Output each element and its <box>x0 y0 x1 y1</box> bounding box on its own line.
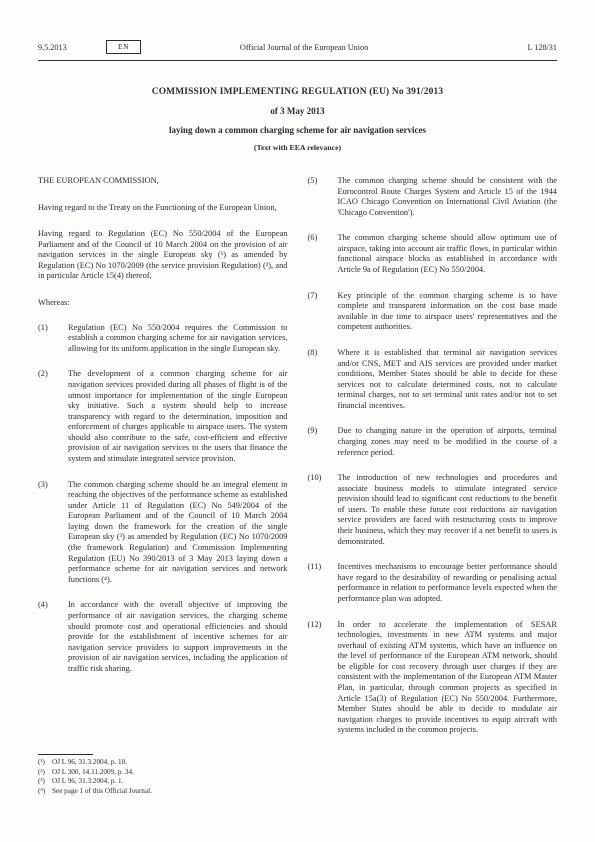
footnote-4: (⁴) See page 1 of this Official Journal. <box>38 787 288 797</box>
recital-8: (8) Where it is established that termina… <box>308 348 558 411</box>
regulation-title: COMMISSION IMPLEMENTING REGULATION (EU) … <box>38 87 557 97</box>
recital-number: (1) <box>38 323 68 355</box>
recital-number: (2) <box>38 369 68 464</box>
footnote-2: (²) OJ L 300, 14.11.2009, p. 34. <box>38 768 288 778</box>
having-regard-paragraph-2: Having regard to Regulation (EC) No 550/… <box>38 229 288 282</box>
footnote-marker: (³) <box>38 777 52 787</box>
title-block: COMMISSION IMPLEMENTING REGULATION (EU) … <box>38 87 557 152</box>
recital-text: Due to changing nature in the operation … <box>338 426 558 458</box>
recital-11: (11) Incentives mechanisms to encourage … <box>308 562 558 604</box>
recital-text: The common charging scheme should be con… <box>338 176 558 218</box>
recital-6: (6) The common charging scheme should al… <box>308 233 558 275</box>
whereas-label: Whereas: <box>38 298 288 309</box>
recital-text: In order to accelerate the implementatio… <box>338 620 558 736</box>
recital-number: (10) <box>308 473 338 547</box>
recital-number: (12) <box>308 620 338 736</box>
right-column: (5) The common charging scheme should be… <box>308 176 558 808</box>
recital-text: Regulation (EC) No 550/2004 requires the… <box>68 323 288 355</box>
recital-text: Key principle of the common charging sch… <box>338 291 558 333</box>
footnotes-section: (¹) OJ L 96, 31.3.2004, p. 10. (²) OJ L … <box>38 754 288 808</box>
footnote-text: OJ L 96, 31.3.2004, p. 1. <box>52 777 123 787</box>
recital-text: Where it is established that terminal ai… <box>338 348 558 411</box>
recital-text: The common charging scheme should be an … <box>68 480 288 586</box>
recital-number: (8) <box>308 348 338 411</box>
footnote-marker: (²) <box>38 768 52 778</box>
left-column: THE EUROPEAN COMMISSION, Having regard t… <box>38 176 288 808</box>
footnote-marker: (⁴) <box>38 787 52 797</box>
page-header: 9.5.2013 EN Official Journal of the Euro… <box>38 40 557 61</box>
recital-number: (4) <box>38 600 68 674</box>
recital-9: (9) Due to changing nature in the operat… <box>308 426 558 458</box>
footnote-3: (³) OJ L 96, 31.3.2004, p. 1. <box>38 777 288 787</box>
recital-number: (9) <box>308 426 338 458</box>
recital-text: In accordance with the overall objective… <box>68 600 288 674</box>
page-reference: L 128/31 <box>497 43 557 52</box>
recital-4: (4) In accordance with the overall objec… <box>38 600 288 674</box>
recital-1: (1) Regulation (EC) No 550/2004 requires… <box>38 323 288 355</box>
footnote-text: See page 1 of this Official Journal. <box>52 787 152 797</box>
recital-10: (10) The introduction of new technologie… <box>308 473 558 547</box>
recital-number: (11) <box>308 562 338 604</box>
recital-number: (7) <box>308 291 338 333</box>
recital-2: (2) The development of a common charging… <box>38 369 288 464</box>
language-badge: EN <box>106 40 141 54</box>
recital-5: (5) The common charging scheme should be… <box>308 176 558 218</box>
document-columns: THE EUROPEAN COMMISSION, Having regard t… <box>38 176 557 808</box>
regulation-date-line: of 3 May 2013 <box>38 106 557 116</box>
footnote-separator <box>38 754 93 755</box>
having-regard-paragraph-1: Having regard to the Treaty on the Funct… <box>38 203 288 214</box>
recital-7: (7) Key principle of the common charging… <box>308 291 558 333</box>
footnote-text: OJ L 300, 14.11.2009, p. 34. <box>52 768 134 778</box>
footnote-text: OJ L 96, 31.3.2004, p. 10. <box>52 758 127 768</box>
regulation-subtitle: laying down a common charging scheme for… <box>38 125 557 135</box>
recital-12: (12) In order to accelerate the implemen… <box>308 620 558 736</box>
header-date: 9.5.2013 <box>38 43 106 52</box>
recital-number: (3) <box>38 480 68 586</box>
recital-text: Incentives mechanisms to encourage bette… <box>338 562 558 604</box>
document-page: 9.5.2013 EN Official Journal of the Euro… <box>0 0 595 842</box>
eea-relevance-note: (Text with EEA relevance) <box>38 143 557 152</box>
recital-text: The development of a common charging sch… <box>68 369 288 464</box>
recital-text: The common charging scheme should allow … <box>338 233 558 275</box>
recital-number: (5) <box>308 176 338 218</box>
footnote-1: (¹) OJ L 96, 31.3.2004, p. 10. <box>38 758 288 768</box>
recital-text: The introduction of new technologies and… <box>338 473 558 547</box>
footnote-marker: (¹) <box>38 758 52 768</box>
journal-title: Official Journal of the European Union <box>141 43 497 52</box>
commission-declaration: THE EUROPEAN COMMISSION, <box>38 176 288 187</box>
recital-3: (3) The common charging scheme should be… <box>38 480 288 586</box>
recital-number: (6) <box>308 233 338 275</box>
